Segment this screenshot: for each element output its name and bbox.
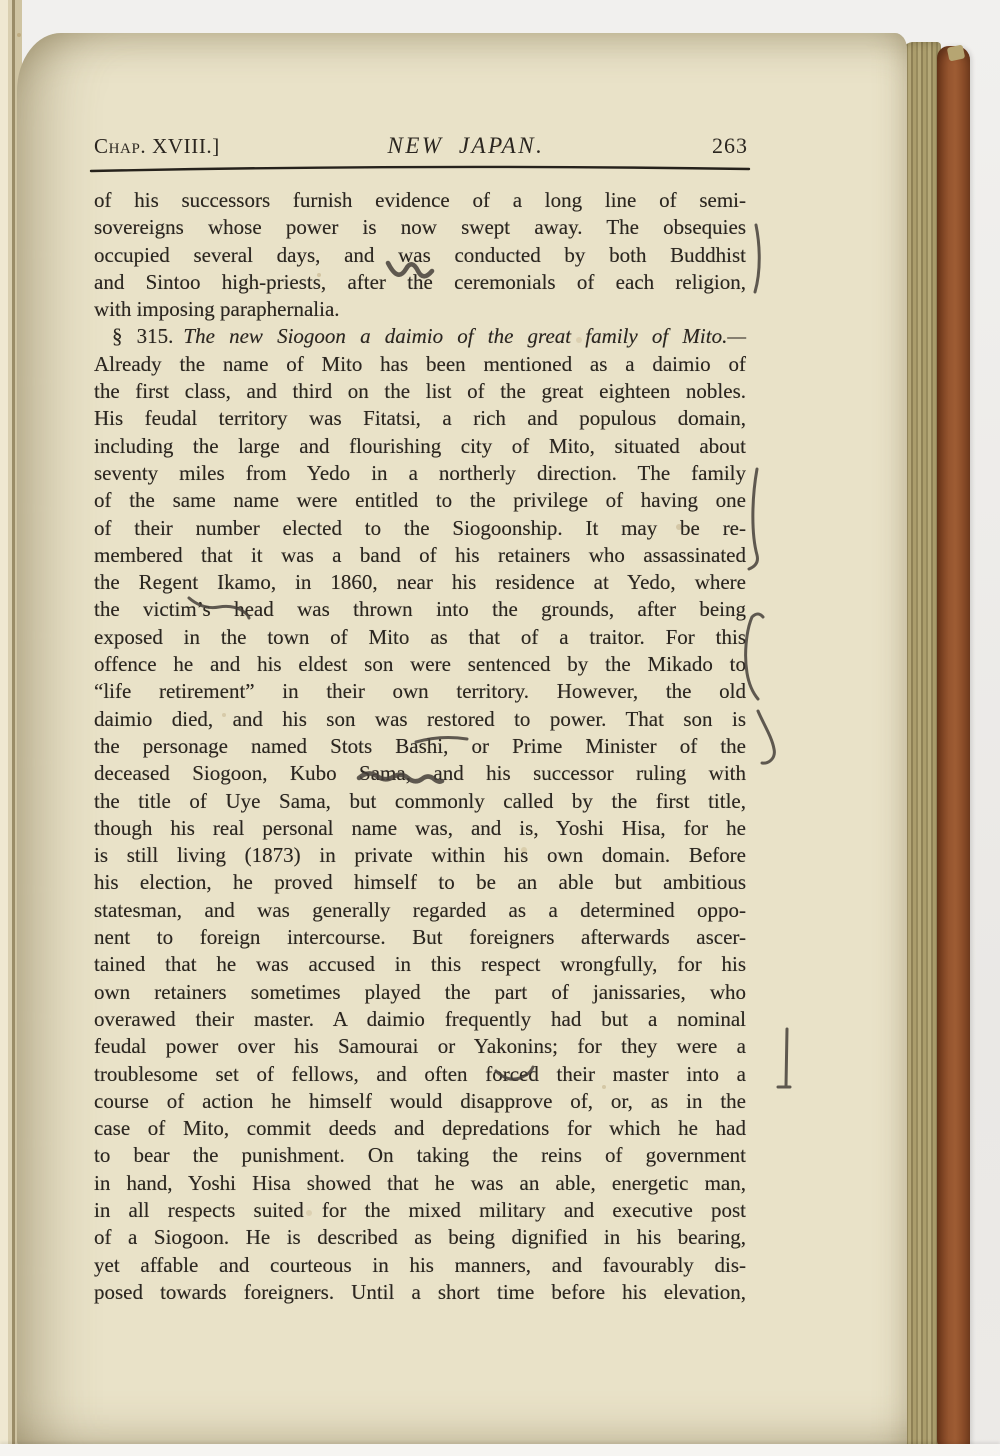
text-line: “life retirement” in their own territory… bbox=[94, 678, 746, 705]
text-line: yet affable and courteous in his manners… bbox=[94, 1252, 746, 1279]
chapter-label: Chap. XVIII.] bbox=[94, 134, 220, 159]
section-heading-line: § 315.The new Siogoon a daimio of the gr… bbox=[94, 323, 746, 350]
running-title: NEW JAPAN. bbox=[220, 133, 712, 159]
margin-stroke-obsequies bbox=[755, 225, 759, 292]
text-line: own retainers sometimes played the part … bbox=[94, 979, 746, 1006]
margin-open-curve bbox=[746, 614, 763, 699]
text-line: and Sintoo high-priests, after the cerem… bbox=[94, 269, 746, 296]
text-line: exposed in the town of Mito as that of a… bbox=[94, 624, 746, 651]
text-line: occupied several days, and was conducted… bbox=[94, 242, 746, 269]
header-rule bbox=[87, 161, 753, 175]
photo-background: Chap. XVIII.] NEW JAPAN. 263 of his succ… bbox=[0, 0, 1000, 1456]
text-line: to bear the punishment. On taking the re… bbox=[94, 1142, 746, 1169]
page-header: Chap. XVIII.] NEW JAPAN. 263 bbox=[94, 133, 748, 163]
text-line: seventy miles from Yedo in a northerly d… bbox=[94, 460, 746, 487]
text-line: though his real personal name was, and i… bbox=[94, 815, 746, 842]
text-line: daimio died, and his son was restored to… bbox=[94, 706, 746, 733]
text-line: statesman, and was generally regarded as… bbox=[94, 897, 746, 924]
text-line: membered that it was a band of his retai… bbox=[94, 542, 746, 569]
foxing-spots bbox=[17, 33, 21, 37]
margin-stroke-family bbox=[749, 469, 757, 569]
text-line: His feudal territory was Fitatsi, a rich… bbox=[94, 405, 746, 432]
text-line: nent to foreign intercourse. But foreign… bbox=[94, 924, 746, 951]
text-line: the victim’s head was thrown into the gr… bbox=[94, 596, 746, 623]
text-line: feudal power over his Samourai or Yakoni… bbox=[94, 1033, 746, 1060]
margin-close-curve bbox=[758, 711, 774, 763]
text-line: tained that he was accused in this respe… bbox=[94, 951, 746, 978]
text-line: posed towards foreigners. Until a short … bbox=[94, 1279, 746, 1306]
text-line: Already the name of Mito has been mentio… bbox=[94, 351, 746, 378]
text-line: of his successors furnish evidence of a … bbox=[94, 187, 746, 214]
table-surface bbox=[0, 1444, 1000, 1456]
text-line: the Regent Ikamo, in 1860, near his resi… bbox=[94, 569, 746, 596]
text-line: of the same name were entitled to the pr… bbox=[94, 487, 746, 514]
text-line: offence he and his eldest son were sente… bbox=[94, 651, 746, 678]
text-line: his election, he proved himself to be an… bbox=[94, 869, 746, 896]
text-line: with imposing paraphernalia. bbox=[94, 296, 746, 323]
text-line: overawed their master. A daimio frequent… bbox=[94, 1006, 746, 1033]
text-line: case of Mito, commit deeds and depredati… bbox=[94, 1115, 746, 1142]
margin-bracket-yakonins bbox=[778, 1029, 790, 1087]
text-line: deceased Siogoon, Kubo Sama, and his suc… bbox=[94, 760, 746, 787]
text-line: of their number elected to the Siogoonsh… bbox=[94, 515, 746, 542]
text-line: of a Siogoon. He is described as being d… bbox=[94, 1224, 746, 1251]
section-number: § 315. bbox=[112, 324, 173, 348]
text-line: the personage named Stots Bashi, or Prim… bbox=[94, 733, 746, 760]
text-line: troublesome set of fellows, and often fo… bbox=[94, 1061, 746, 1088]
section-title: The new Siogoon a daimio of the great fa… bbox=[183, 324, 746, 348]
page-edges bbox=[903, 42, 941, 1448]
text-line: the first class, and third on the list o… bbox=[94, 378, 746, 405]
text-line: in all respects suited for the mixed mil… bbox=[94, 1197, 746, 1224]
text-line: course of action he himself would disapp… bbox=[94, 1088, 746, 1115]
body-text: of his successors furnish evidence of a … bbox=[94, 187, 746, 1306]
text-line: sovereigns whose power is now swept away… bbox=[94, 214, 746, 241]
text-line: including the large and flourishing city… bbox=[94, 433, 746, 460]
book-spine bbox=[937, 46, 970, 1450]
text-line: is still living (1873) in private within… bbox=[94, 842, 746, 869]
book-page: Chap. XVIII.] NEW JAPAN. 263 of his succ… bbox=[17, 33, 907, 1447]
text-line: the title of Uye Sama, but commonly call… bbox=[94, 788, 746, 815]
page-number: 263 bbox=[712, 133, 748, 159]
text-line: in hand, Yoshi Hisa showed that he was a… bbox=[94, 1170, 746, 1197]
